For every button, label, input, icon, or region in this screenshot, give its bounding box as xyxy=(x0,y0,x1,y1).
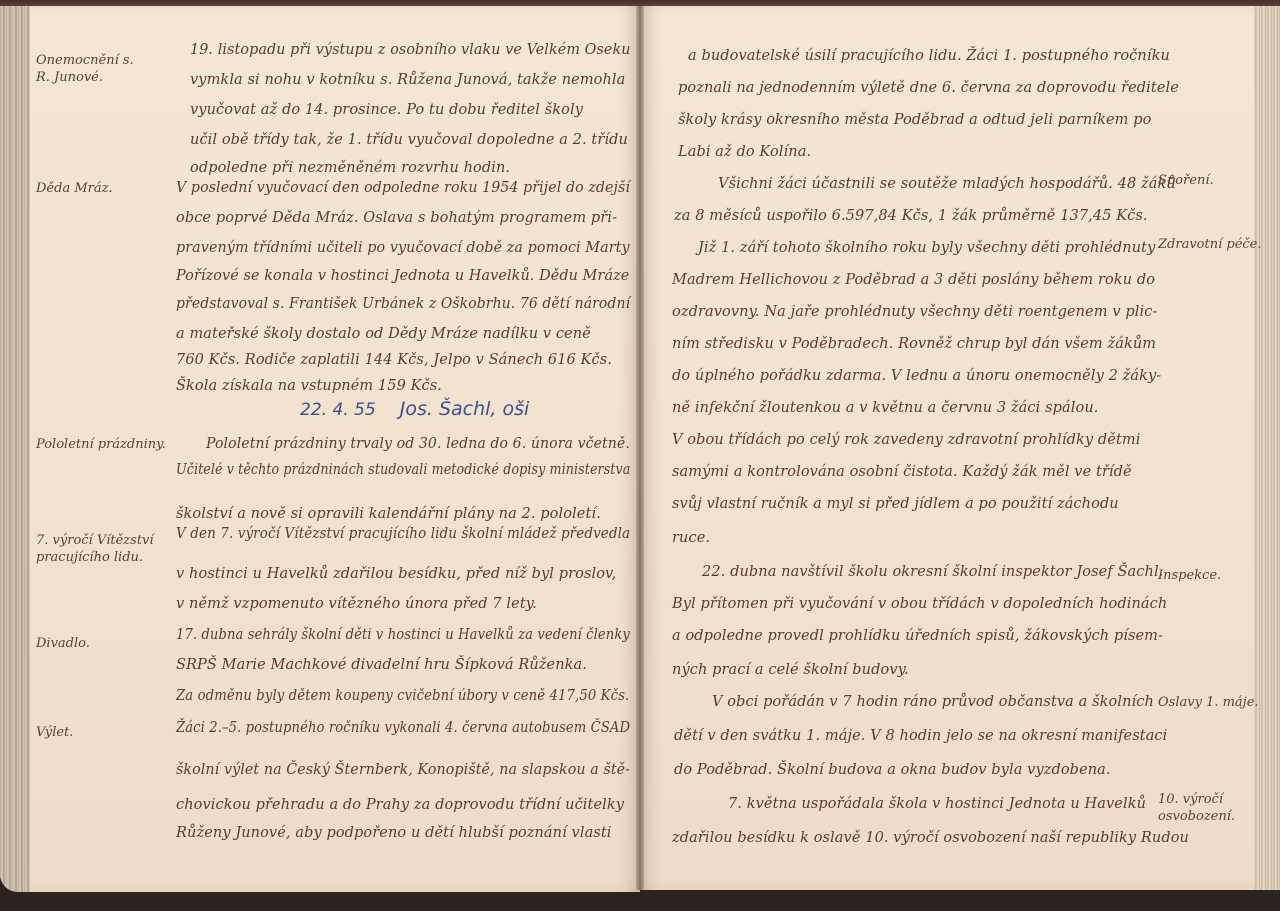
handwritten-line: V den 7. výročí Vítězství pracujícího li… xyxy=(176,526,630,542)
right-page: Spoření.Zdravotní péče.Inspekce.Oslavy 1… xyxy=(640,6,1280,890)
handwritten-line: vyučovat až do 14. prosince. Po tu dobu … xyxy=(190,102,583,118)
handwritten-line: vymkla si nohu v kotníku s. Růžena Junov… xyxy=(190,72,625,88)
handwritten-line: učil obě třídy tak, že 1. třídu vyučoval… xyxy=(190,132,628,148)
handwritten-line: Učitelé v těchto prázdninách studovali m… xyxy=(176,462,630,478)
page-stack-edge-right xyxy=(1254,6,1280,890)
margin-note: 10. výročí osvobození. xyxy=(1158,791,1235,825)
margin-note: Oslavy 1. máje. xyxy=(1158,694,1259,711)
handwritten-line: Byl přítomen při vyučování v obou třídác… xyxy=(672,596,1167,612)
handwritten-line: SRPŠ Marie Machkové divadelní hru Šípkov… xyxy=(176,657,587,673)
handwritten-line: samými a kontrolována osobní čistota. Ka… xyxy=(672,464,1132,480)
handwritten-line: školní výlet na Český Šternberk, Konopiš… xyxy=(176,762,630,778)
handwritten-line: svůj vlastní ručník a myl si před jídlem… xyxy=(672,496,1119,512)
margin-note: Inspekce. xyxy=(1158,567,1221,584)
handwritten-line: do úplného pořádku zdarma. V lednu a úno… xyxy=(672,368,1161,384)
handwritten-line: Labi až do Kolína. xyxy=(678,144,811,160)
handwritten-line: v němž vzpomenuto vítězného února před 7… xyxy=(176,596,537,612)
handwritten-line: a mateřské školy dostalo od Dědy Mráze n… xyxy=(176,326,591,342)
handwritten-line: školy krásy okresního města Poděbrad a o… xyxy=(678,112,1151,128)
handwritten-line: Žáci 2.–5. postupného ročníku vykonali 4… xyxy=(176,720,630,736)
margin-note: Zdravotní péče. xyxy=(1158,236,1262,253)
margin-note: Děda Mráz. xyxy=(36,180,113,197)
handwritten-line: 7. května uspořádala škola v hostinci Je… xyxy=(728,796,1146,812)
handwritten-line: školství a nově si opravili kalendářní p… xyxy=(176,506,601,522)
handwritten-line: představoval s. František Urbánek z Oško… xyxy=(176,296,630,312)
handwritten-line: a budovatelské úsilí pracujícího lidu. Ž… xyxy=(688,48,1170,64)
handwritten-line: zdařilou besídku k oslavě 10. výročí osv… xyxy=(672,830,1189,846)
margin-note: 7. výročí Vítězství pracujícího lidu. xyxy=(36,532,154,566)
handwritten-line: v hostinci u Havelků zdařilou besídku, p… xyxy=(176,566,616,582)
handwritten-line: 17. dubna sehrály školní děti v hostinci… xyxy=(176,627,630,643)
handwritten-line: V obci pořádán v 7 hodin ráno průvod obč… xyxy=(712,694,1154,710)
handwritten-line: chovickou přehradu a do Prahy za doprovo… xyxy=(176,797,624,813)
handwritten-line: ním středisku v Poděbradech. Rovněž chru… xyxy=(672,336,1156,352)
book-gutter xyxy=(636,6,644,890)
left-page: Onemocnění s. R. Junové.Děda Mráz.Polole… xyxy=(0,6,640,892)
handwritten-line: odpoledne při nezměněném rozvrhu hodin. xyxy=(190,160,510,176)
handwritten-line: Škola získala na vstupném 159 Kčs. xyxy=(176,378,442,394)
margin-note: Pololetní prázdniny. xyxy=(36,436,166,453)
handwritten-line: Růženy Junové, aby podpořeno u dětí hlub… xyxy=(176,825,612,841)
handwritten-line: 760 Kčs. Rodiče zaplatili 144 Kčs, Jelpo… xyxy=(176,352,612,368)
handwritten-line: za 8 měsíců uspořilo 6.597,84 Kčs, 1 žák… xyxy=(674,208,1148,224)
handwritten-line: dětí v den svátku 1. máje. V 8 hodin jel… xyxy=(674,728,1167,744)
open-chronicle-book: Onemocnění s. R. Junové.Děda Mráz.Polole… xyxy=(0,0,1280,911)
margin-note: Výlet. xyxy=(36,724,73,741)
handwritten-line: Pořízové se konala v hostinci Jednota u … xyxy=(176,268,629,284)
handwritten-line: ruce. xyxy=(672,530,710,546)
margin-note: Onemocnění s. R. Junové. xyxy=(36,52,134,86)
handwritten-line: 19. listopadu při výstupu z osobního vla… xyxy=(190,42,631,58)
page-stack-edge-left xyxy=(0,6,30,892)
handwritten-line: V obou třídách po celý rok zavedeny zdra… xyxy=(672,432,1140,448)
handwritten-line: do Poděbrad. Školní budova a okna budov … xyxy=(674,762,1111,778)
handwritten-line: poznali na jednodenním výletě dne 6. čer… xyxy=(678,80,1179,96)
handwritten-line: Již 1. září tohoto školního roku byly vš… xyxy=(698,240,1155,256)
handwritten-line: ných prací a celé školní budovy. xyxy=(672,662,909,678)
handwritten-line: Za odměnu byly dětem koupeny cvičební úb… xyxy=(176,688,629,704)
handwritten-line: Pololetní prázdniny trvaly od 30. ledna … xyxy=(206,436,630,452)
handwritten-line: praveným třídními učiteli po vyučovací d… xyxy=(176,240,630,256)
handwritten-line: obce poprvé Děda Mráz. Oslava s bohatým … xyxy=(176,210,617,226)
handwritten-line: ozdravovny. Na jaře prohlédnuty všechny … xyxy=(672,304,1157,320)
signature-name: Jos. Šachl, oši xyxy=(400,398,530,420)
signature-date: 22. 4. 55 xyxy=(300,400,376,420)
handwritten-line: Madrem Hellichovou z Poděbrad a 3 děti p… xyxy=(672,272,1155,288)
handwritten-line: ně infekční žloutenkou a v květnu a červ… xyxy=(672,400,1098,416)
handwritten-line: 22. dubna navštívil školu okresní školní… xyxy=(702,564,1163,580)
handwritten-line: a odpoledne provedl prohlídku úředních s… xyxy=(672,628,1163,644)
handwritten-line: V poslední vyučovací den odpoledne roku … xyxy=(176,180,630,196)
margin-note: Divadlo. xyxy=(36,635,90,652)
inspector-signature: 22. 4. 55 Jos. Šachl, oši xyxy=(300,398,529,420)
handwritten-line: Všichni žáci účastnili se soutěže mladýc… xyxy=(718,176,1176,192)
